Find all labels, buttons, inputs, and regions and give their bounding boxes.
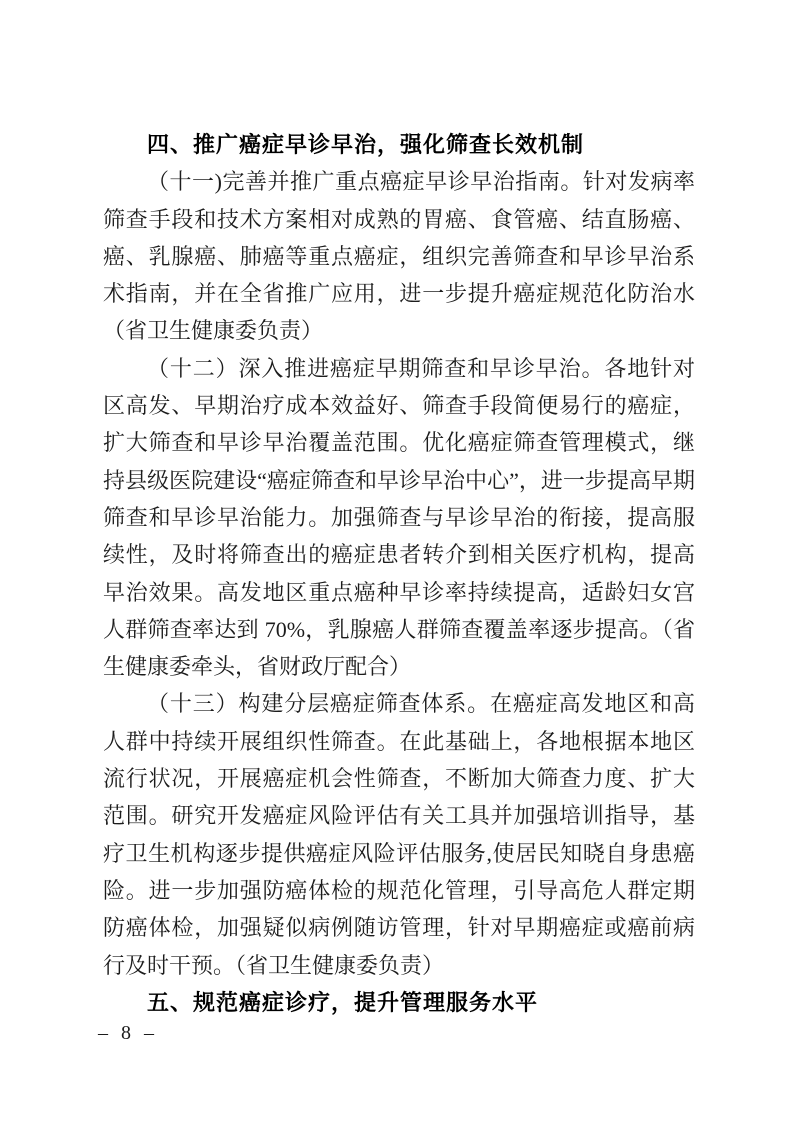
- text-line: 持县级医院建设“癌症筛查和早诊早治中心”，进一步提高早期: [103, 462, 695, 499]
- text-line: 术指南，并在全省推广应用，进一步提升癌症规范化防治水平。: [103, 275, 695, 312]
- text-line: 筛查手段和技术方案相对成熟的胃癌、食管癌、结直肠癌、宫颈: [103, 201, 695, 238]
- text-line: 流行状况，开展癌症机会性筛查，不断加大筛查力度、扩大覆盖: [103, 760, 695, 797]
- section-heading: 四、推广癌症早诊早治，强化筛查长效机制: [103, 126, 695, 163]
- text-line: 续性，及时将筛查出的癌症患者转介到相关医疗机构，提高早诊: [103, 536, 695, 573]
- text-line: 癌、乳腺癌、肺癌等重点癌症，组织完善筛查和早诊早治系列技: [103, 238, 695, 275]
- text-line: 范围。研究开发癌症风险评估有关工具并加强培训指导，基层医: [103, 797, 695, 834]
- text-line: （十一)完善并推广重点癌症早诊早治指南。针对发病率高、: [103, 163, 695, 200]
- text-line: 疗卫生机构逐步提供癌症风险评估服务,使居民知晓自身患癌风: [103, 835, 695, 872]
- page-number: – 8 –: [98, 1022, 158, 1045]
- paragraph: （十二）深入推进癌症早期筛查和早诊早治。各地针对本地区高发、早期治疗成本效益好、…: [103, 350, 695, 686]
- text-line: 险。进一步加强防癌体检的规范化管理，引导高危人群定期接受: [103, 872, 695, 909]
- text-line: 人群筛查率达到 70%，乳腺癌人群筛查覆盖率逐步提高。（省卫: [103, 611, 695, 648]
- text-line: 行及时干预。（省卫生健康委负责）: [103, 947, 695, 984]
- text-line: （十三）构建分层癌症筛查体系。在癌症高发地区和高风险: [103, 685, 695, 722]
- text-line: 早治效果。高发地区重点癌种早诊率持续提高，适龄妇女宫颈癌: [103, 574, 695, 611]
- text-line: 区高发、早期治疗成本效益好、筛查手段简便易行的癌症，逐步: [103, 387, 695, 424]
- section-heading: 五、规范癌症诊疗，提升管理服务水平: [103, 984, 695, 1021]
- paragraph: （十三）构建分层癌症筛查体系。在癌症高发地区和高风险人群中持续开展组织性筛查。在…: [103, 685, 695, 983]
- text-line: 筛查和早诊早治能力。加强筛查与早诊早治的衔接，提高服务连: [103, 499, 695, 536]
- document-content: 四、推广癌症早诊早治，强化筛查长效机制（十一)完善并推广重点癌症早诊早治指南。针…: [103, 126, 695, 1021]
- document-page: 四、推广癌症早诊早治，强化筛查长效机制（十一)完善并推广重点癌症早诊早治指南。针…: [0, 0, 793, 1122]
- paragraph: （十一)完善并推广重点癌症早诊早治指南。针对发病率高、筛查手段和技术方案相对成熟…: [103, 163, 695, 349]
- text-line: （省卫生健康委负责）: [103, 312, 695, 349]
- text-line: 生健康委牵头，省财政厅配合）: [103, 648, 695, 685]
- text-line: 人群中持续开展组织性筛查。在此基础上，各地根据本地区癌症: [103, 723, 695, 760]
- text-line: 防癌体检，加强疑似病例随访管理，针对早期癌症或癌前病变进: [103, 909, 695, 946]
- text-line: （十二）深入推进癌症早期筛查和早诊早治。各地针对本地: [103, 350, 695, 387]
- text-line: 扩大筛查和早诊早治覆盖范围。优化癌症筛查管理模式，继续支: [103, 424, 695, 461]
